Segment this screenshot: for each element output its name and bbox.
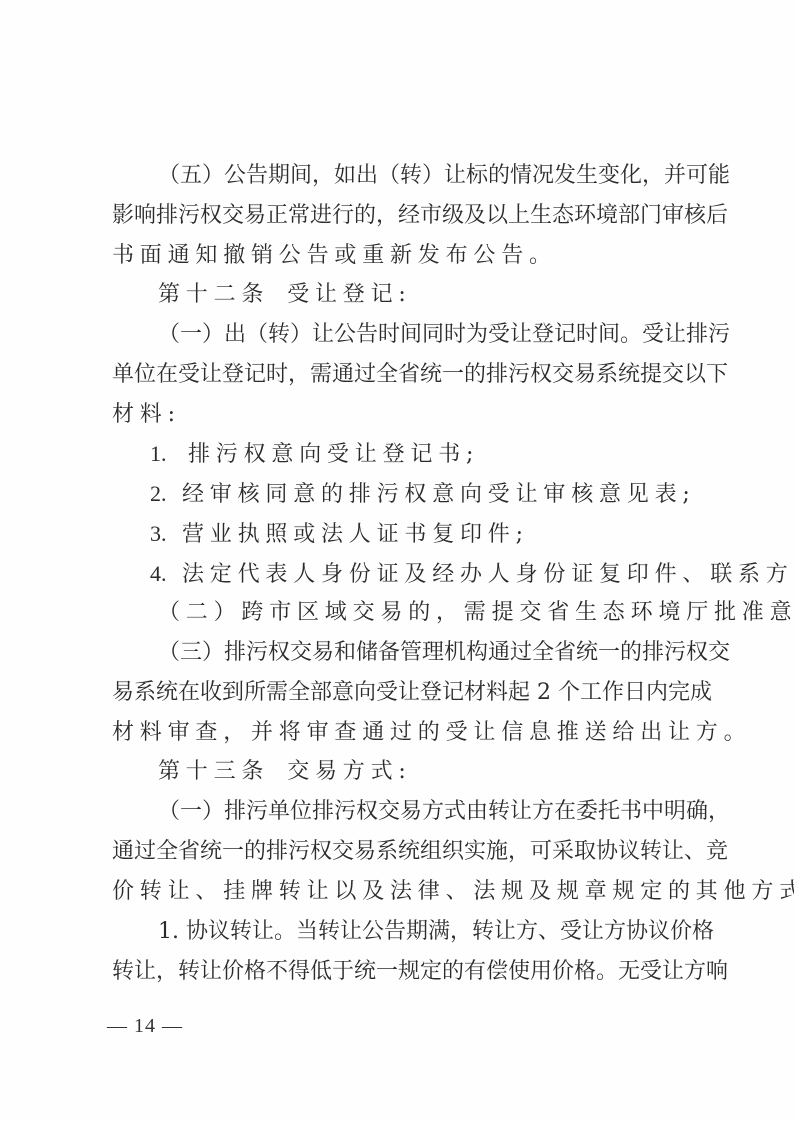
page-number: — 14 — — [107, 1014, 183, 1038]
clause-line: 通过全省统一的排污权交易系统组织实施，可采取协议转让、竞 — [112, 837, 698, 867]
clause-line: 单位在受让登记时，需通过全省统一的排污权交易系统提交以下 — [112, 360, 698, 390]
material-item-2: 2.经审核同意的排污权意向受让审核意见表; — [150, 479, 698, 509]
clause-line: 转让，转让价格不得低于统一规定的有偿使用价格。无受让方响 — [112, 957, 698, 987]
clause-line: 材料审查，并将审查通过的受让信息推送给出让方。 — [112, 718, 698, 748]
clause-line: （三）排污权交易和储备管理机构通过全省统一的排污权交 — [158, 638, 698, 668]
paragraph-line: 书面通知撤销公告或重新发布公告。 — [112, 241, 698, 271]
item-text: 营业执照或法人证书复印件; — [182, 522, 529, 547]
document-page: （五）公告期间，如出（转）让标的情况发生变化，并可能 影响排污权交易正常进行的，… — [0, 0, 794, 1122]
item-text: 经审核同意的排污权意向受让审核意见表; — [182, 482, 696, 507]
clause-line: （一）出（转）让公告时间同时为受让登记时间。受让排污 — [158, 320, 698, 350]
item-number: 1. — [150, 439, 188, 469]
clause-line: （二）跨市区域交易的，需提交省生态环境厅批准意见。 — [158, 598, 698, 628]
article-number: 第十三条 — [158, 759, 269, 784]
item-number: 2. — [150, 479, 182, 509]
item-number: 3. — [150, 519, 182, 549]
material-item-1: 1.排污权意向受让登记书; — [150, 439, 698, 469]
article-13-heading: 第十三条交易方式: — [158, 757, 698, 787]
material-item-4: 4.法定代表人身份证及经办人身份证复印件、联系方式。 — [150, 559, 698, 589]
article-number: 第十二条 — [158, 282, 269, 307]
clause-line: 1. 协议转让。当转让公告期满，转让方、受让方协议价格 — [158, 917, 698, 947]
clause-line: 价转让、挂牌转让以及法律、法规及规章规定的其他方式: — [112, 877, 698, 907]
clause-line: 易系统在收到所需全部意向受让登记材料起 2 个工作日内完成 — [112, 678, 698, 708]
paragraph-line: （五）公告期间，如出（转）让标的情况发生变化，并可能 — [158, 161, 698, 191]
clause-line: （一）排污单位排污权交易方式由转让方在委托书中明确， — [158, 797, 698, 827]
item-number: 4. — [150, 559, 182, 589]
clause-line: 材料: — [112, 400, 698, 430]
article-title: 受让登记: — [287, 282, 411, 307]
item-text: 排污权意向受让登记书; — [188, 442, 479, 467]
article-12-heading: 第十二条受让登记: — [158, 280, 698, 310]
article-title: 交易方式: — [287, 759, 411, 784]
paragraph-line: 影响排污权交易正常进行的，经市级及以上生态环境部门审核后 — [112, 201, 698, 231]
item-text: 法定代表人身份证及经办人身份证复印件、联系方式。 — [182, 562, 794, 587]
material-item-3: 3.营业执照或法人证书复印件; — [150, 519, 698, 549]
